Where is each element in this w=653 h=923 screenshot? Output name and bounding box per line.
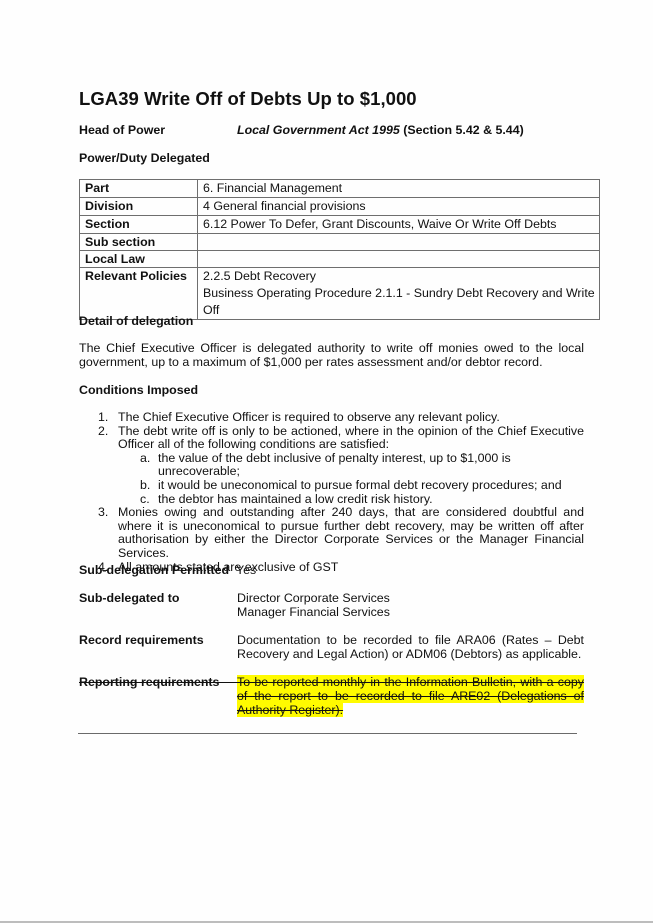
reporting-requirements-text: To be reported monthly in the Informatio… [237, 675, 584, 717]
row-key: Section [80, 216, 198, 234]
row-value-text: 2.2.5 Debt Recovery [203, 268, 599, 285]
strikethrough-tab-line [214, 682, 237, 683]
detail-line-1: The Chief Executive Officer is delegated… [79, 341, 584, 355]
highlighted-text: of the report to be recorded to file ARE… [237, 689, 584, 703]
table-row: Local Law [80, 251, 600, 268]
sub-delegation-permitted-label: Sub-delegation Permitted [79, 563, 229, 577]
power-duty-delegated-label: Power/Duty Delegated [79, 151, 210, 165]
subitem-letter: c. [140, 493, 150, 507]
row-key: Relevant Policies [80, 268, 198, 320]
row-value: 6. Financial Management [198, 180, 600, 198]
item-text: The debt write off is only to be actione… [118, 424, 584, 452]
table-row: Division 4 General financial provisions [80, 198, 600, 216]
highlighted-text: Authority Register). [237, 703, 343, 717]
conditions-imposed-heading: Conditions Imposed [79, 383, 198, 397]
subitem-text: it would be uneconomical to pursue forma… [158, 478, 562, 492]
table-row: Section 6.12 Power To Defer, Grant Disco… [80, 216, 600, 234]
delegate-name: Manager Financial Services [237, 605, 584, 619]
row-value-text: 6.12 Power To Defer, Grant Discounts, Wa… [203, 216, 599, 233]
item-text: The Chief Executive Officer is required … [118, 410, 500, 424]
condition-item: 2. The debt write off is only to be acti… [79, 425, 584, 452]
row-value [198, 251, 600, 268]
record-line-2: Recovery and Legal Action) or ADM06 (Deb… [237, 647, 584, 661]
condition-item: 3. Monies owing and outstanding after 24… [79, 506, 584, 560]
document-title: LGA39 Write Off of Debts Up to $1,000 [79, 88, 417, 110]
sub-delegation-permitted-value: Yes [236, 563, 256, 577]
record-requirements-label: Record requirements [79, 633, 204, 647]
row-value-text: Business Operating Procedure 2.1.1 - Sun… [203, 285, 599, 319]
subitem-text: the debtor has maintained a low credit r… [158, 492, 433, 506]
sub-delegated-to-label: Sub-delegated to [79, 591, 180, 605]
record-requirements-text: Documentation to be recorded to file ARA… [237, 633, 584, 661]
detail-of-delegation-text: The Chief Executive Officer is delegated… [79, 341, 584, 369]
table-row: Sub section [80, 234, 600, 251]
row-value-text: 4 General financial provisions [203, 198, 599, 215]
row-key: Division [80, 198, 198, 216]
item-number: 1. [98, 411, 108, 425]
act-sections: (Section 5.42 & 5.44) [400, 123, 524, 137]
condition-subitem: b. it would be uneconomical to pursue fo… [79, 479, 584, 493]
subitem-letter: b. [140, 479, 150, 493]
item-text: Monies owing and outstanding after 240 d… [118, 505, 584, 560]
power-duty-table: Part 6. Financial Management Division 4 … [79, 179, 600, 320]
table-row: Part 6. Financial Management [80, 180, 600, 198]
row-key: Part [80, 180, 198, 198]
row-value: 6.12 Power To Defer, Grant Discounts, Wa… [198, 216, 600, 234]
table-row: Relevant Policies 2.2.5 Debt Recovery Bu… [80, 268, 600, 320]
row-value [198, 234, 600, 251]
row-key: Local Law [80, 251, 198, 268]
delegate-name: Director Corporate Services [237, 591, 584, 605]
reporting-line-3: Authority Register). [237, 703, 584, 717]
detail-of-delegation-heading: Detail of delegation [79, 314, 193, 328]
subitem-letter: a. [140, 452, 150, 466]
record-line-1: Documentation to be recorded to file ARA… [237, 633, 584, 647]
reporting-line-1: To be reported monthly in the Informatio… [237, 675, 584, 689]
detail-line-2: government, up to a maximum of $1,000 pe… [79, 355, 584, 369]
condition-item: 1. The Chief Executive Officer is requir… [79, 411, 584, 425]
condition-subitem: a. the value of the debt inclusive of pe… [79, 452, 584, 479]
horizontal-rule [78, 733, 577, 734]
subitem-text: the value of the debt inclusive of penal… [158, 451, 511, 479]
item-number: 2. [98, 425, 108, 439]
row-key: Sub section [80, 234, 198, 251]
row-value-text: 6. Financial Management [203, 180, 599, 197]
head-of-power-value: Local Government Act 1995 (Section 5.42 … [237, 123, 524, 137]
act-name: Local Government Act 1995 [237, 123, 400, 137]
highlighted-text: To be reported monthly in the Informatio… [237, 675, 584, 689]
condition-subitem: c. the debtor has maintained a low credi… [79, 493, 584, 507]
reporting-line-2: of the report to be recorded to file ARE… [237, 689, 584, 703]
head-of-power-label: Head of Power [79, 123, 165, 137]
row-value: 4 General financial provisions [198, 198, 600, 216]
row-value: 2.2.5 Debt Recovery Business Operating P… [198, 268, 600, 320]
conditions-list: 1. The Chief Executive Officer is requir… [79, 411, 584, 574]
item-number: 3. [98, 506, 108, 520]
sub-delegated-to-values: Director Corporate Services Manager Fina… [237, 591, 584, 619]
